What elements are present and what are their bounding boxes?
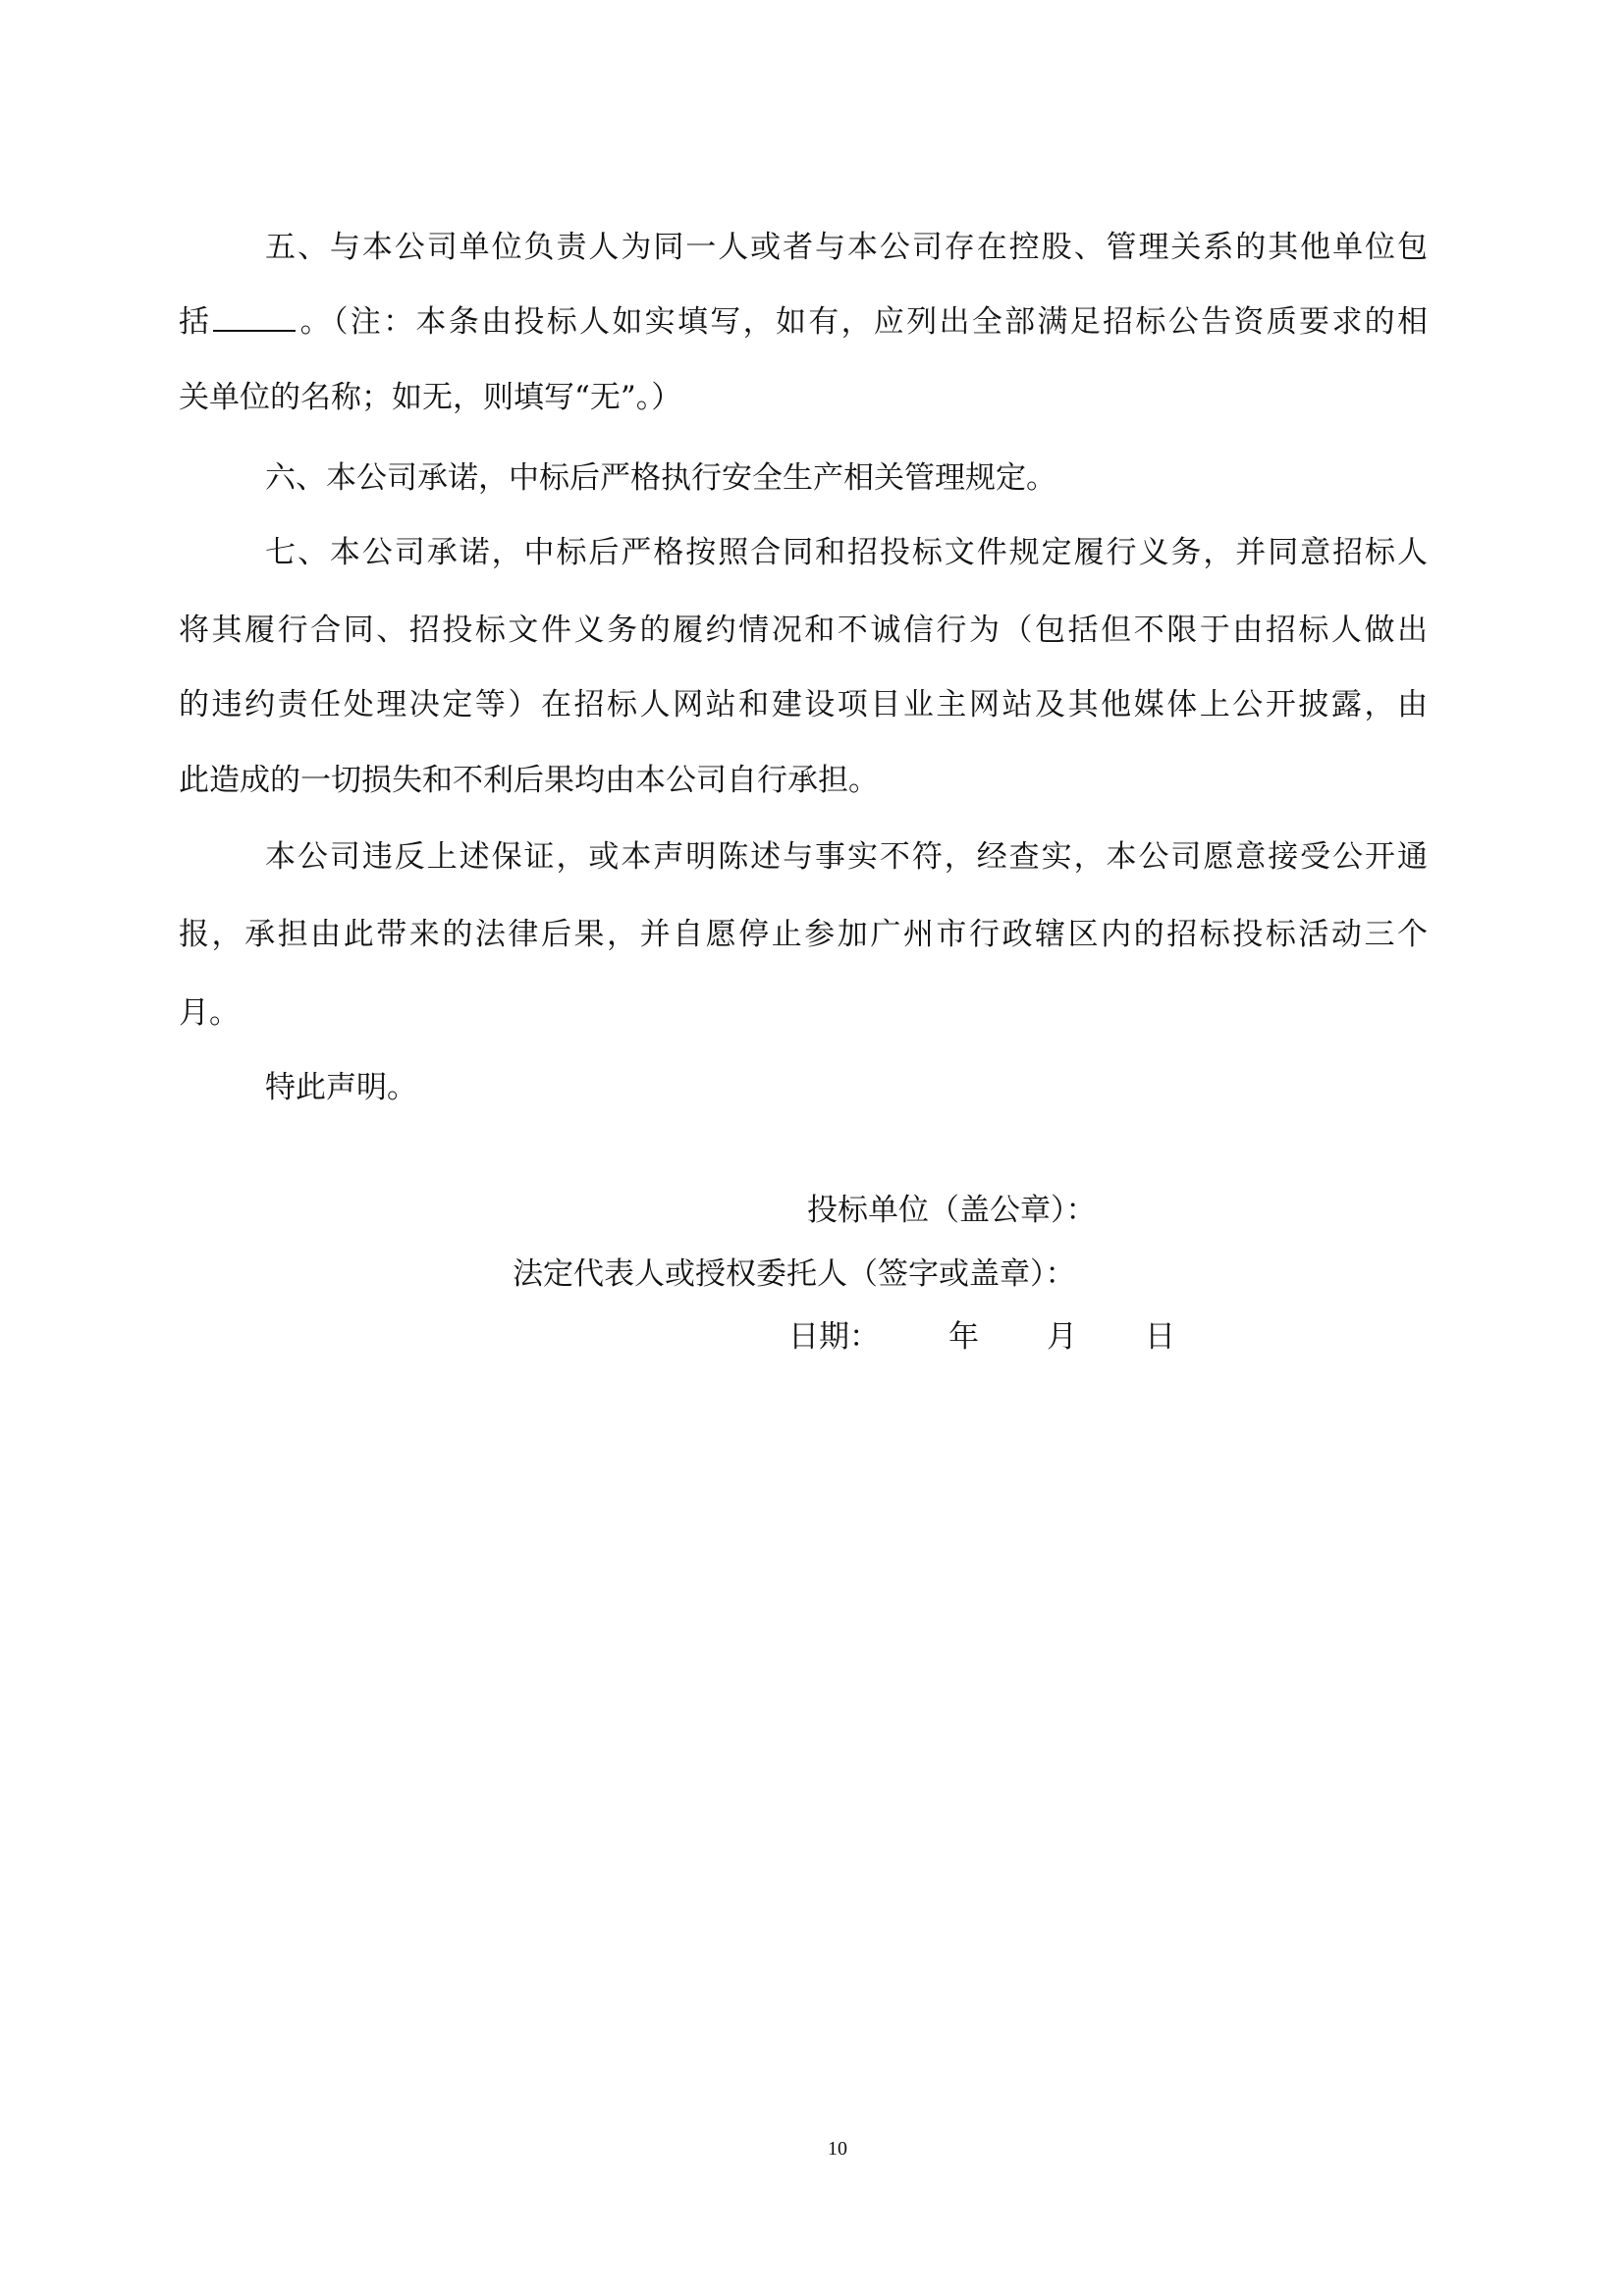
paragraph-7-line-3: 的违约责任处理决定等）在招标人网站和建设项目业主网站及其他媒体上公开披露，由 bbox=[179, 685, 1428, 724]
paragraph-8-line-3: 月。 bbox=[179, 993, 240, 1033]
paragraph-5-text-after-blank: 。（注：本条由投标人如实填写，如有，应列出全部满足招标公告资质要求的相 bbox=[298, 304, 1428, 340]
representative-signature-label: 法定代表人或授权委托人（签字或盖章）： bbox=[513, 1255, 1076, 1294]
year-label: 年 bbox=[948, 1317, 979, 1357]
paragraph-5-text-before-blank: 括 bbox=[179, 304, 211, 340]
paragraph-7-line-2: 将其履行合同、招投标文件义务的履约情况和不诚信行为（包括但不限于由招标人做出 bbox=[179, 611, 1428, 650]
paragraph-5-line-1: 五、与本公司单位负责人为同一人或者与本公司存在控股、管理关系的其他单位包 bbox=[265, 228, 1428, 267]
date-label: 日期： bbox=[788, 1317, 880, 1357]
month-label: 月 bbox=[1047, 1317, 1077, 1357]
day-label: 日 bbox=[1145, 1317, 1175, 1357]
paragraph-5-line-3: 关单位的名称；如无，则填写“无”。） bbox=[179, 378, 681, 417]
paragraph-7-line-1: 七、本公司承诺，中标后严格按照合同和招投标文件规定履行义务，并同意招标人 bbox=[265, 533, 1428, 572]
paragraph-8-line-1: 本公司违反上述保证，或本声明陈述与事实不符，经查实，本公司愿意接受公开通 bbox=[265, 837, 1428, 877]
bidder-seal-label: 投标单位（盖公章）： bbox=[807, 1191, 1097, 1230]
paragraph-7-line-4: 此造成的一切损失和不利后果均由本公司自行承担。 bbox=[179, 761, 879, 800]
paragraph-9-line-1: 特此声明。 bbox=[265, 1068, 417, 1107]
paragraph-8-line-2: 报，承担由此带来的法律后果，并自愿停止参加广州市行政辖区内的招标投标活动三个 bbox=[179, 915, 1428, 954]
fill-in-blank[interactable] bbox=[213, 304, 296, 332]
document-page: 五、与本公司单位负责人为同一人或者与本公司存在控股、管理关系的其他单位包 括。（… bbox=[0, 0, 1624, 2296]
paragraph-6-line-1: 六、本公司承诺，中标后严格执行安全生产相关管理规定。 bbox=[265, 458, 1056, 498]
paragraph-5-line-2: 括。（注：本条由投标人如实填写，如有，应列出全部满足招标公告资质要求的相 bbox=[179, 302, 1428, 342]
page-number: 10 bbox=[818, 2137, 857, 2161]
